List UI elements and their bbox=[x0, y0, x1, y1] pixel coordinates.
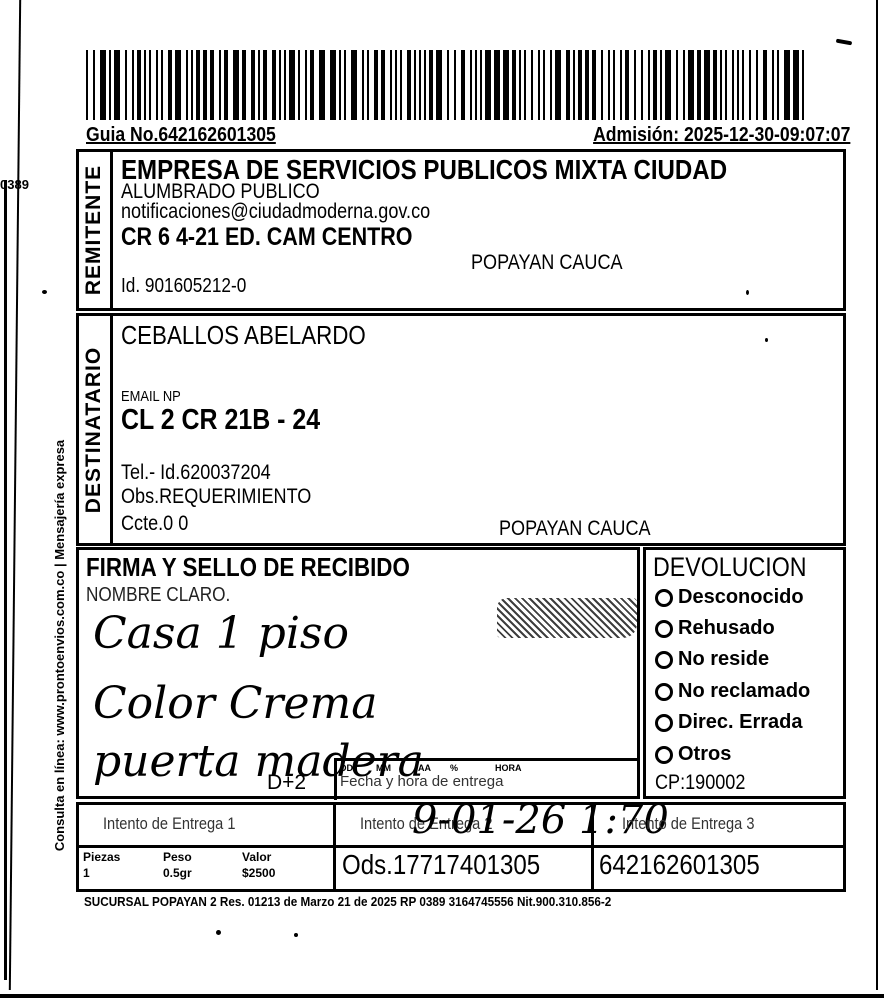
handwritten-note-line: Color Crema bbox=[93, 678, 377, 729]
recipient-ccte: Ccte.0 0 bbox=[121, 512, 188, 536]
page-edge bbox=[4, 180, 7, 980]
scan-artifact bbox=[42, 290, 47, 294]
side-reference: 0389 bbox=[0, 177, 29, 192]
return-option-no-reclamado[interactable]: No reclamado bbox=[655, 680, 810, 703]
delivery-term: D+2 bbox=[267, 771, 306, 795]
recipient-name: CEBALLOS ABELARDO bbox=[121, 320, 366, 351]
scan-artifact bbox=[765, 338, 768, 342]
scan-artifact bbox=[294, 933, 298, 937]
package-header-value: Valor bbox=[242, 850, 271, 864]
attempt-cell-2: Intento de Entrega 2 9-01-26 1:70 Ods.17… bbox=[336, 805, 594, 889]
page-edge bbox=[0, 994, 884, 998]
package-header-weight: Peso bbox=[163, 850, 192, 864]
delivery-attempts-section: Intento de Entrega 1 Piezas Peso Valor 1… bbox=[76, 802, 846, 892]
date-label-dd: DD bbox=[340, 763, 353, 773]
package-weight: 0.5gr bbox=[163, 866, 192, 880]
date-label-sep: % bbox=[450, 763, 458, 773]
handwritten-note-line: Casa 1 piso bbox=[93, 608, 349, 659]
radio-icon[interactable] bbox=[655, 620, 673, 638]
date-caption: Fecha y hora de entrega bbox=[340, 773, 503, 790]
stamp-mark bbox=[497, 598, 637, 638]
sender-city: POPAYAN CAUCA bbox=[471, 251, 623, 275]
receipt-title: FIRMA Y SELLO DE RECIBIDO bbox=[86, 552, 410, 583]
postal-code: CP:190002 bbox=[655, 771, 745, 795]
ods-number: Ods.17717401305 bbox=[342, 849, 540, 881]
guide-number: Guia No.642162601305 bbox=[86, 124, 276, 147]
recipient-city: POPAYAN CAUCA bbox=[499, 517, 651, 541]
scan-artifact bbox=[216, 930, 221, 935]
radio-icon[interactable] bbox=[655, 746, 673, 764]
package-pieces: 1 bbox=[83, 866, 90, 880]
scan-artifact bbox=[746, 290, 749, 295]
date-label-mm: MM bbox=[376, 763, 391, 773]
date-label-hora: HORA bbox=[495, 763, 522, 773]
sender-email: notificaciones@ciudadmoderna.gov.co bbox=[121, 200, 430, 224]
guide-header: Guia No.642162601305 Admisión: 2025-12-3… bbox=[84, 124, 850, 148]
package-header-pieces: Piezas bbox=[83, 850, 120, 864]
radio-icon[interactable] bbox=[655, 714, 673, 732]
attempt-cell-1: Intento de Entrega 1 Piezas Peso Valor 1… bbox=[79, 805, 336, 889]
return-option-otros[interactable]: Otros bbox=[655, 743, 731, 766]
radio-icon[interactable] bbox=[655, 589, 673, 607]
admission-timestamp: Admisión: 2025-12-30-09:07:07 bbox=[593, 124, 850, 147]
returns-title: DEVOLUCION bbox=[653, 552, 807, 583]
delivery-date-field[interactable]: DD MM AA % HORA Fecha y hora de entrega bbox=[334, 758, 638, 800]
page-edge bbox=[876, 0, 878, 990]
footer-legal: SUCURSAL POPAYAN 2 Res. 01213 de Marzo 2… bbox=[84, 894, 611, 909]
recipient-address: CL 2 CR 21B - 24 bbox=[121, 404, 320, 437]
package-value: $2500 bbox=[242, 866, 275, 880]
sender-address: CR 6 4-21 ED. CAM CENTRO bbox=[121, 223, 412, 252]
date-label-aa: AA bbox=[418, 763, 431, 773]
recipient-email: EMAIL NP bbox=[121, 388, 181, 405]
sender-id: Id. 901605212-0 bbox=[121, 275, 246, 298]
return-option-desconocido[interactable]: Desconocido bbox=[655, 586, 804, 609]
sender-label: REMITENTE bbox=[79, 152, 113, 308]
receipt-signature-section: FIRMA Y SELLO DE RECIBIDO NOMBRE CLARO. … bbox=[76, 547, 640, 799]
guide-number-repeat: 642162601305 bbox=[599, 849, 760, 881]
recipient-label: DESTINATARIO bbox=[79, 316, 113, 543]
name-label: NOMBRE CLARO. bbox=[86, 584, 230, 607]
page-edge bbox=[9, 0, 21, 990]
scan-artifact bbox=[836, 39, 852, 46]
sender-section: REMITENTE EMPRESA DE SERVICIOS PUBLICOS … bbox=[76, 149, 846, 311]
radio-icon[interactable] bbox=[655, 683, 673, 701]
returns-section: DEVOLUCION Desconocido Rehusado No resid… bbox=[643, 547, 846, 799]
attempt-3-label: Intento de Entrega 3 bbox=[622, 814, 754, 834]
radio-icon[interactable] bbox=[655, 651, 673, 669]
barcode bbox=[86, 50, 812, 120]
vertical-note: Consulta en línea: www.prontoenvios.com.… bbox=[50, 410, 70, 880]
return-option-direc-errada[interactable]: Direc. Errada bbox=[655, 711, 803, 734]
recipient-phone-id: Tel.- Id.620037204 bbox=[121, 461, 271, 485]
recipient-section: DESTINATARIO CEBALLOS ABELARDO EMAIL NP … bbox=[76, 313, 846, 546]
return-option-no-reside[interactable]: No reside bbox=[655, 648, 769, 671]
recipient-observation: Obs.REQUERIMIENTO bbox=[121, 485, 311, 509]
attempt-1-label: Intento de Entrega 1 bbox=[103, 814, 235, 834]
attempt-cell-3: Intento de Entrega 3 642162601305 bbox=[594, 805, 843, 889]
return-option-rehusado[interactable]: Rehusado bbox=[655, 617, 775, 640]
